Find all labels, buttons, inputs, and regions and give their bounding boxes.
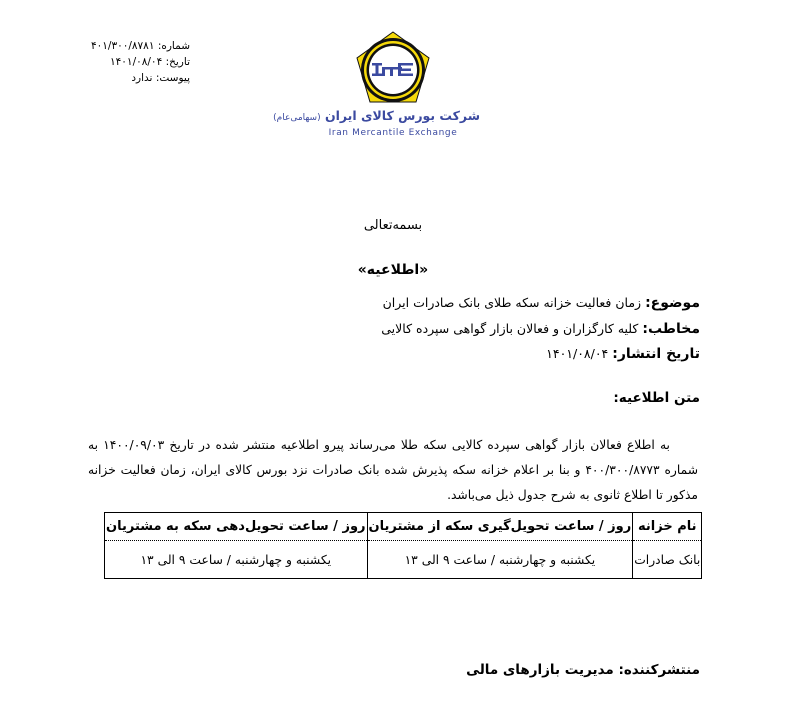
- company-name-en: Iran Mercantile Exchange: [300, 128, 486, 138]
- letter-meta: شماره: ۴۰۱/۳۰۰/۸۷۸۱ تاریخ: ۱۴۰۱/۰۸/۰۴ پی…: [82, 38, 190, 86]
- audience-value: کلیه کارگزاران و فعالان بازار گواهی سپرد…: [381, 321, 638, 336]
- company-logo: شرکت بورس کالای ایران (سهامی‌عام) Iran M…: [300, 22, 500, 147]
- subject-label: موضوع:: [645, 295, 700, 311]
- publish-date-field: تاریخ انتشار: ۱۴۰۱/۰۸/۰۴: [546, 346, 700, 362]
- publisher: منتشرکننده: مدیریت بازارهای مالی: [466, 662, 700, 678]
- letter-date-value: ۱۴۰۱/۰۸/۰۴: [110, 56, 162, 68]
- column-header-receive-time: روز / ساعت تحویل‌گیری سکه از مشتریان: [367, 513, 633, 541]
- publish-date-value: ۱۴۰۱/۰۸/۰۴: [546, 346, 608, 361]
- column-header-deliver-time: روز / ساعت تحویل‌دهی سکه به مشتریان: [105, 513, 368, 541]
- column-header-treasury: نام خزانه: [633, 513, 702, 541]
- publish-date-label: تاریخ انتشار:: [612, 346, 700, 362]
- publisher-value: مدیریت بازارهای مالی: [466, 662, 614, 678]
- notice-title: «اطلاعیه»: [0, 262, 786, 278]
- audience-label: مخاطب:: [642, 321, 700, 337]
- table-header-row: نام خزانه روز / ساعت تحویل‌گیری سکه از م…: [105, 513, 702, 541]
- company-name-fa-text: شرکت بورس کالای ایران: [325, 108, 480, 123]
- cell-treasury: بانک صادرات: [633, 541, 702, 579]
- letter-number-value: ۴۰۱/۳۰۰/۸۷۸۱: [91, 40, 154, 52]
- cell-deliver-time: یکشنبه و چهارشنبه / ساعت ۹ الی ۱۳: [105, 541, 368, 579]
- table-row: بانک صادرات یکشنبه و چهارشنبه / ساعت ۹ ا…: [105, 541, 702, 579]
- ime-emblem-icon: [353, 30, 433, 110]
- notice-text-title: متن اطلاعیه:: [613, 390, 700, 406]
- letter-attachment-value: ندارد: [131, 72, 152, 84]
- cell-receive-time: یکشنبه و چهارشنبه / ساعت ۹ الی ۱۳: [367, 541, 633, 579]
- schedule-table: نام خزانه روز / ساعت تحویل‌گیری سکه از م…: [104, 512, 702, 579]
- notice-body: به اطلاع فعالان بازار گواهی سپرده کالایی…: [88, 433, 698, 508]
- company-name-fa: شرکت بورس کالای ایران (سهامی‌عام): [300, 108, 480, 123]
- letter-attachment-label: پیوست:: [156, 72, 190, 84]
- letter-number: شماره: ۴۰۱/۳۰۰/۸۷۸۱: [82, 38, 190, 54]
- company-name-fa-suffix: (سهامی‌عام): [273, 113, 320, 123]
- letter-date: تاریخ: ۱۴۰۱/۰۸/۰۴: [82, 54, 190, 70]
- letter-date-label: تاریخ:: [166, 56, 190, 68]
- basmala: بسمه‌تعالی: [0, 218, 786, 233]
- audience-field: مخاطب: کلیه کارگزاران و فعالان بازار گوا…: [381, 321, 700, 337]
- letter-attachment: پیوست: ندارد: [82, 70, 190, 86]
- publisher-label: منتشرکننده:: [618, 662, 700, 678]
- subject-value: زمان فعالیت خزانه سکه طلای بانک صادرات ا…: [383, 295, 641, 310]
- letter-number-label: شماره:: [158, 40, 190, 52]
- subject-field: موضوع: زمان فعالیت خزانه سکه طلای بانک ص…: [383, 295, 700, 311]
